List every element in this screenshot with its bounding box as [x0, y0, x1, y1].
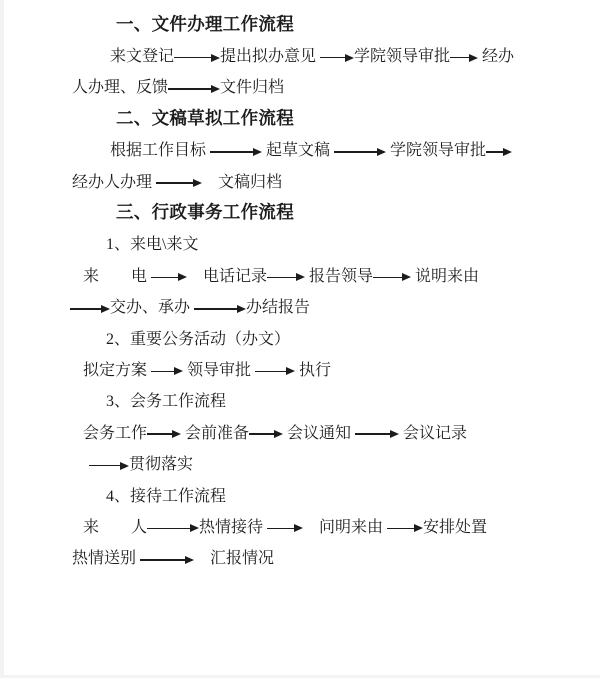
text-segment: 二、文稿草拟工作流程 — [116, 111, 294, 129]
right-arrow-icon — [249, 430, 283, 438]
text-segment: 报告领导 — [305, 269, 373, 285]
text-segment: 来 电 — [83, 269, 151, 285]
right-arrow-icon — [320, 54, 354, 62]
right-arrow-icon — [151, 273, 187, 281]
text-segment: 说明来由 — [411, 269, 479, 285]
right-arrow-icon — [387, 524, 423, 532]
text-segment: 4、接待工作流程 — [106, 489, 226, 505]
text-segment: 来 人 — [83, 520, 147, 536]
text-segment: 文件归档 — [220, 80, 284, 96]
right-arrow-icon — [334, 148, 386, 156]
text-segment: 提出拟办意见 — [220, 49, 320, 65]
text-segment: 热情接待 — [199, 520, 267, 536]
document-body: 一、文件办理工作流程来文登记提出拟办意见 学院领导审批 经办人办理、反馈文件归档… — [0, 0, 600, 575]
flow-line: 拟定方案 领导审批 执行 — [83, 355, 600, 386]
text-segment: 3、会务工作流程 — [106, 394, 226, 410]
right-arrow-icon — [70, 305, 110, 313]
right-arrow-icon — [267, 524, 303, 532]
text-segment: 贯彻落实 — [129, 457, 193, 473]
right-arrow-icon — [255, 367, 295, 375]
right-arrow-icon — [194, 305, 246, 313]
text-segment: 交办、承办 — [110, 300, 194, 316]
flow-line: 来 人热情接待 问明来由 安排处置 — [83, 512, 600, 543]
right-arrow-icon — [156, 179, 202, 187]
flow-line: 来 电 电话记录 报告领导 说明来由 — [83, 261, 600, 292]
flow-line-continuation: 热情送别 汇报情况 — [72, 544, 600, 575]
text-segment: 经办 — [478, 49, 514, 65]
text-segment: 学院领导审批 — [386, 143, 486, 159]
text-segment: 人办理、反馈 — [72, 80, 168, 96]
text-segment: 领导审批 — [183, 363, 255, 379]
right-arrow-icon — [174, 54, 220, 62]
right-arrow-icon — [140, 556, 194, 564]
text-segment: 会议通知 — [283, 426, 355, 442]
right-arrow-icon — [147, 524, 199, 532]
right-arrow-icon — [267, 273, 305, 281]
right-arrow-icon — [210, 148, 262, 156]
right-arrow-icon — [151, 367, 183, 375]
text-segment: 来文登记 — [110, 49, 174, 65]
right-arrow-icon — [168, 85, 220, 93]
text-segment: 会议记录 — [399, 426, 467, 442]
subsection-label: 1、来电\来文 — [106, 230, 600, 261]
text-segment: 会前准备 — [181, 426, 249, 442]
text-segment: 办结报告 — [246, 300, 310, 316]
right-arrow-icon — [450, 54, 478, 62]
right-arrow-icon — [486, 148, 512, 156]
flow-line-continuation: 贯彻落实 — [89, 449, 600, 480]
text-segment: 1、来电\来文 — [106, 237, 198, 253]
section-heading: 三、行政事务工作流程 — [116, 198, 600, 229]
document-page: 一、文件办理工作流程来文登记提出拟办意见 学院领导审批 经办人办理、反馈文件归档… — [0, 0, 600, 678]
right-arrow-icon — [355, 430, 399, 438]
section-heading: 一、文件办理工作流程 — [116, 10, 600, 41]
flow-line-continuation: 人办理、反馈文件归档 — [72, 73, 600, 104]
text-segment: 安排处置 — [423, 520, 487, 536]
text-segment: 根据工作目标 — [110, 143, 210, 159]
right-arrow-icon — [89, 462, 129, 470]
text-segment: 电话记录 — [187, 269, 267, 285]
text-segment: 学院领导审批 — [354, 49, 450, 65]
text-segment: 2、重要公务活动（办文） — [106, 332, 290, 348]
text-segment: 会务工作 — [83, 426, 147, 442]
text-segment: 热情送别 — [72, 551, 140, 567]
right-arrow-icon — [373, 273, 411, 281]
text-segment: 拟定方案 — [83, 363, 151, 379]
text-segment: 起草文稿 — [262, 143, 334, 159]
subsection-label: 3、会务工作流程 — [106, 387, 600, 418]
text-segment: 执行 — [295, 363, 331, 379]
text-segment: 三、行政事务工作流程 — [116, 205, 294, 223]
text-segment: 汇报情况 — [194, 551, 274, 567]
flow-line-continuation: 交办、承办 办结报告 — [70, 293, 600, 324]
text-segment: 文稿归档 — [202, 175, 282, 191]
flow-line: 会务工作 会前准备 会议通知 会议记录 — [83, 418, 600, 449]
right-arrow-icon — [147, 430, 181, 438]
section-heading: 二、文稿草拟工作流程 — [116, 104, 600, 135]
text-segment: 一、文件办理工作流程 — [116, 17, 294, 35]
text-segment: 问明来由 — [303, 520, 387, 536]
subsection-label: 2、重要公务活动（办文） — [106, 324, 600, 355]
subsection-label: 4、接待工作流程 — [106, 481, 600, 512]
flow-line: 根据工作目标 起草文稿 学院领导审批 — [110, 136, 600, 167]
flow-line: 来文登记提出拟办意见 学院领导审批 经办 — [110, 41, 600, 72]
text-segment: 经办人办理 — [72, 175, 156, 191]
flow-line-continuation: 经办人办理 文稿归档 — [72, 167, 600, 198]
